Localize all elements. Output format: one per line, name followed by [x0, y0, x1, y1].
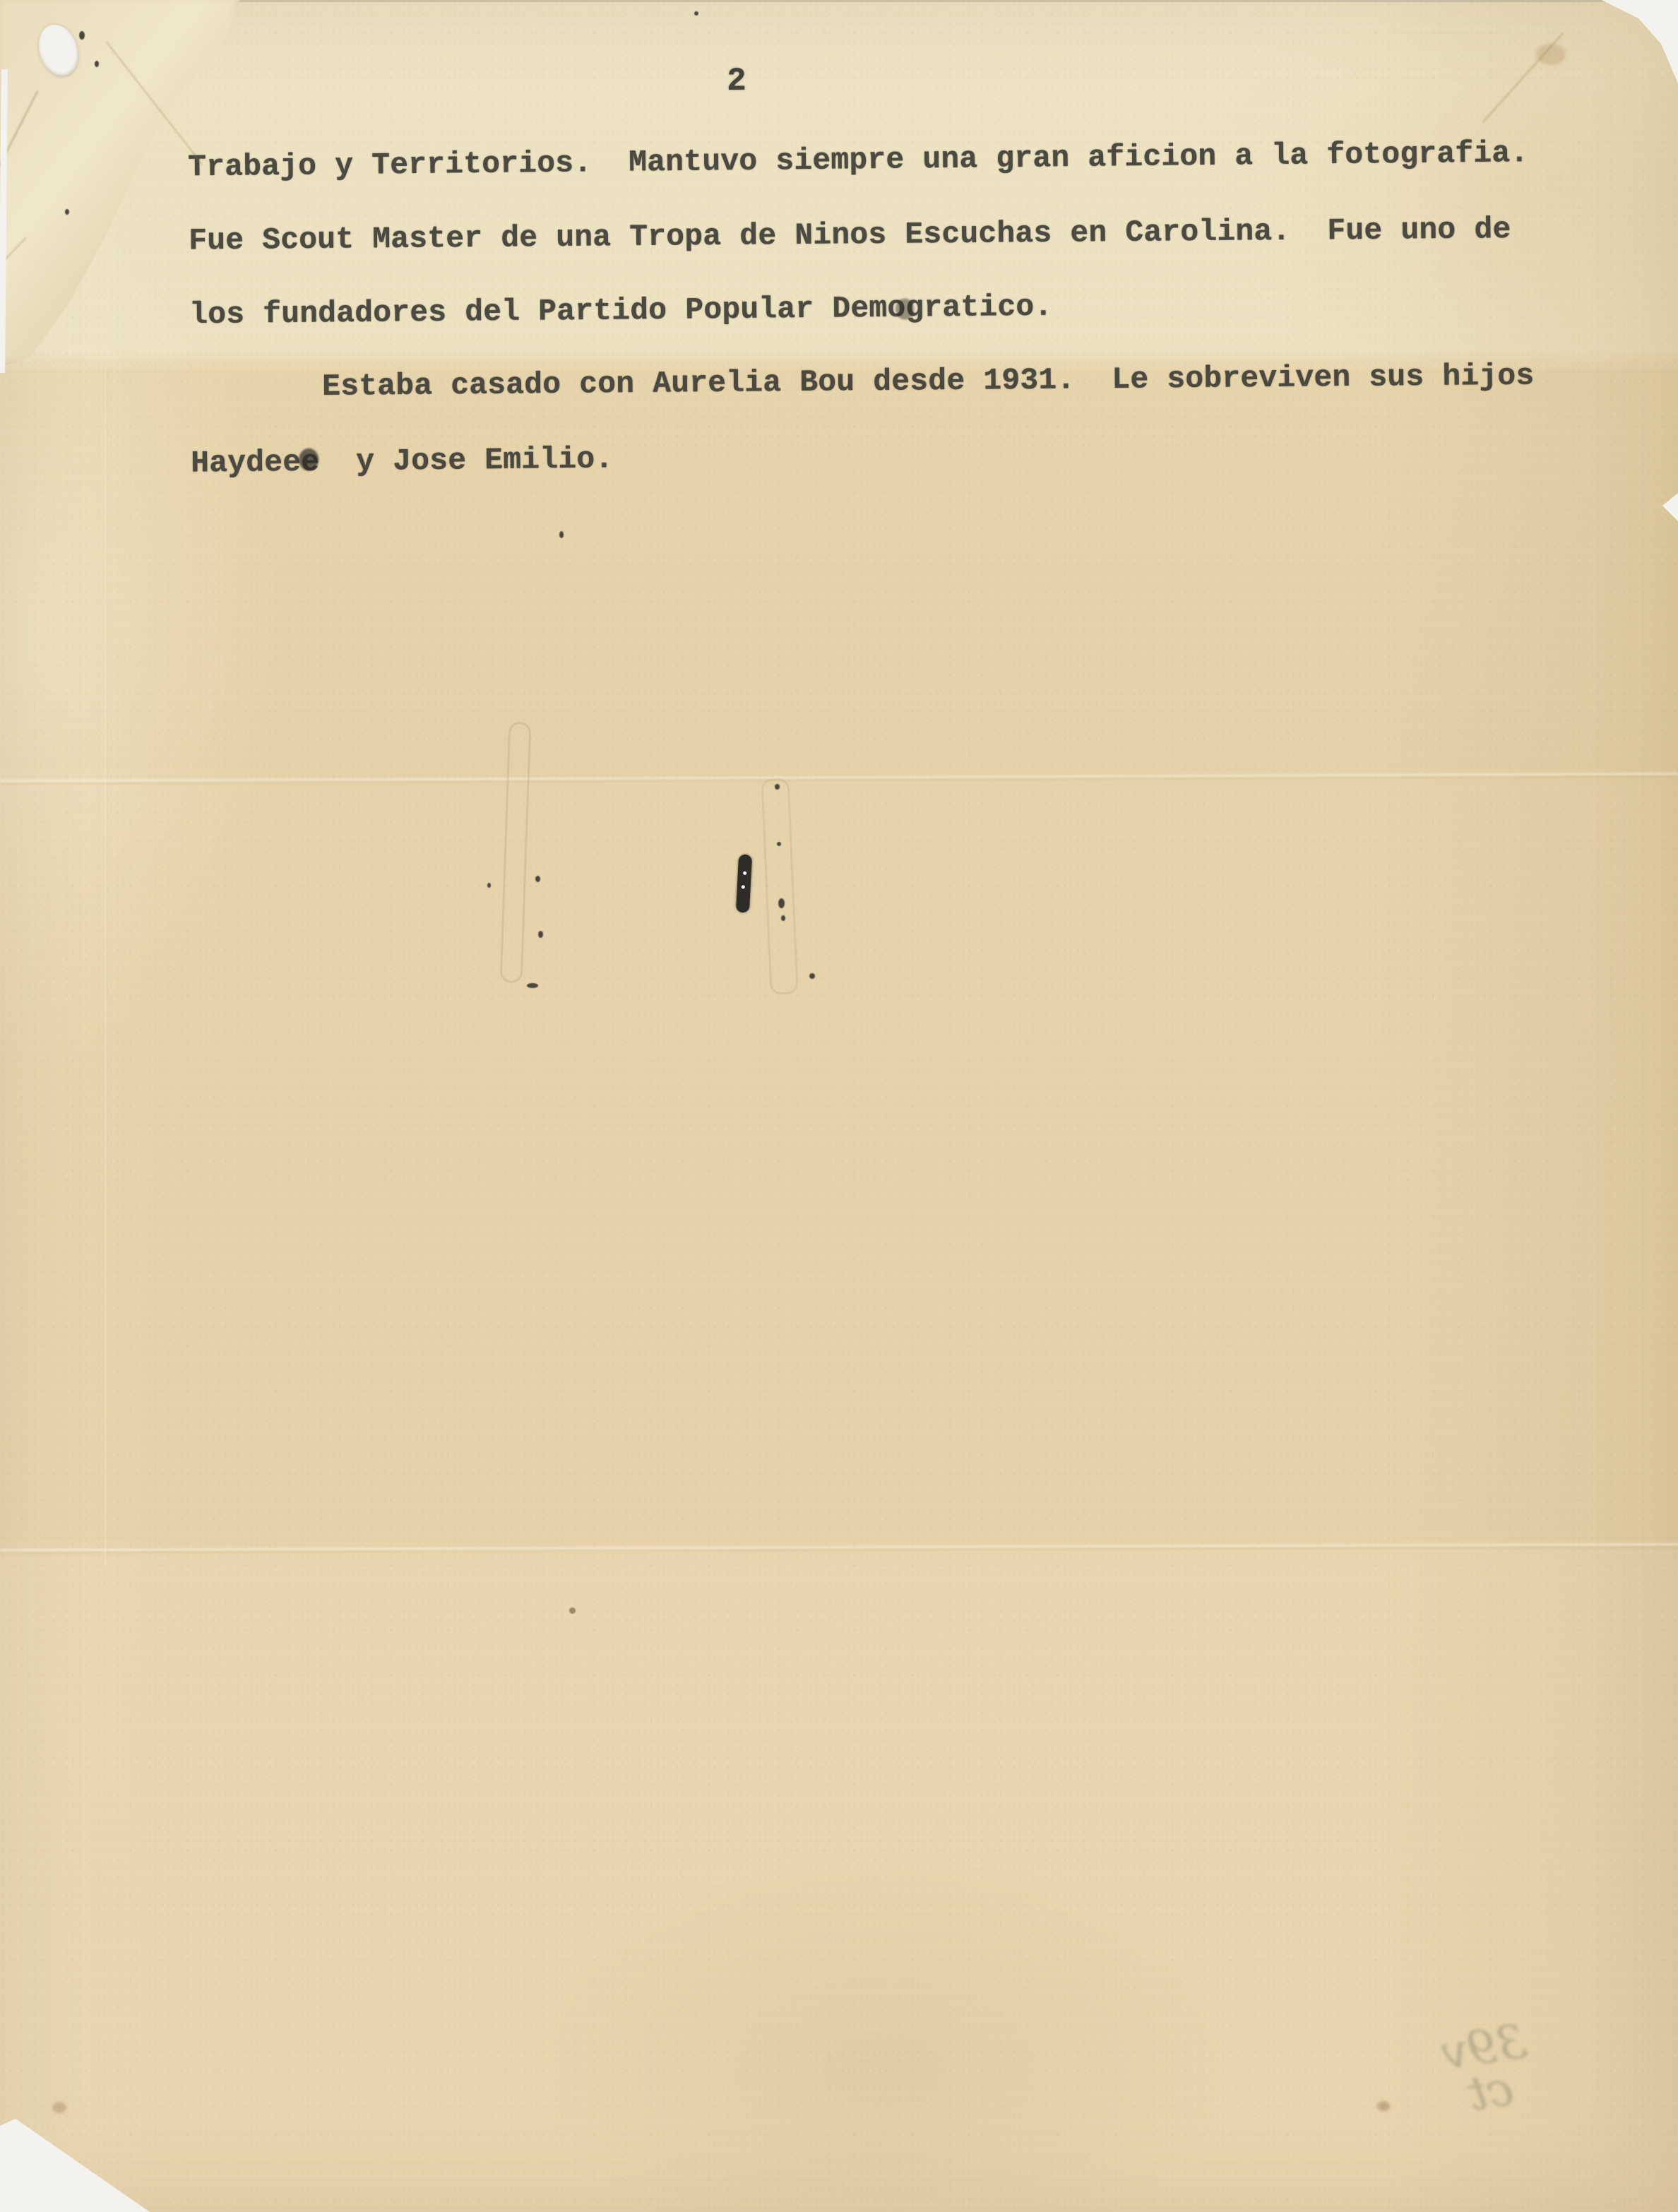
page-number: 2 — [727, 63, 746, 100]
typed-line: Estaba casado con Aurelia Bou desde 1931… — [322, 361, 1535, 402]
ink-speck — [65, 209, 69, 215]
typed-text-layer: 2 Trabajo y Territorios. Mantuvo siempre… — [0, 0, 1678, 2212]
typed-line: Haydeee y Jose Emilio. — [191, 444, 614, 478]
ink-speck — [79, 31, 85, 40]
ink-speck — [95, 61, 99, 67]
overstrike-smudge — [299, 448, 319, 471]
typed-line: Fue Scout Master de una Tropa de Ninos E… — [189, 214, 1511, 256]
typed-line: los fundadores del Partido Popular Demog… — [189, 292, 1053, 331]
scanned-document: { "document": { "page_number": "2", "lin… — [0, 0, 1678, 2212]
typed-line: Trabajo y Territorios. Mantuvo siempre u… — [188, 138, 1529, 182]
overstrike-smudge — [895, 298, 914, 319]
body-text: Trabajo y Territorios. Mantuvo siempre u… — [0, 0, 1675, 2]
